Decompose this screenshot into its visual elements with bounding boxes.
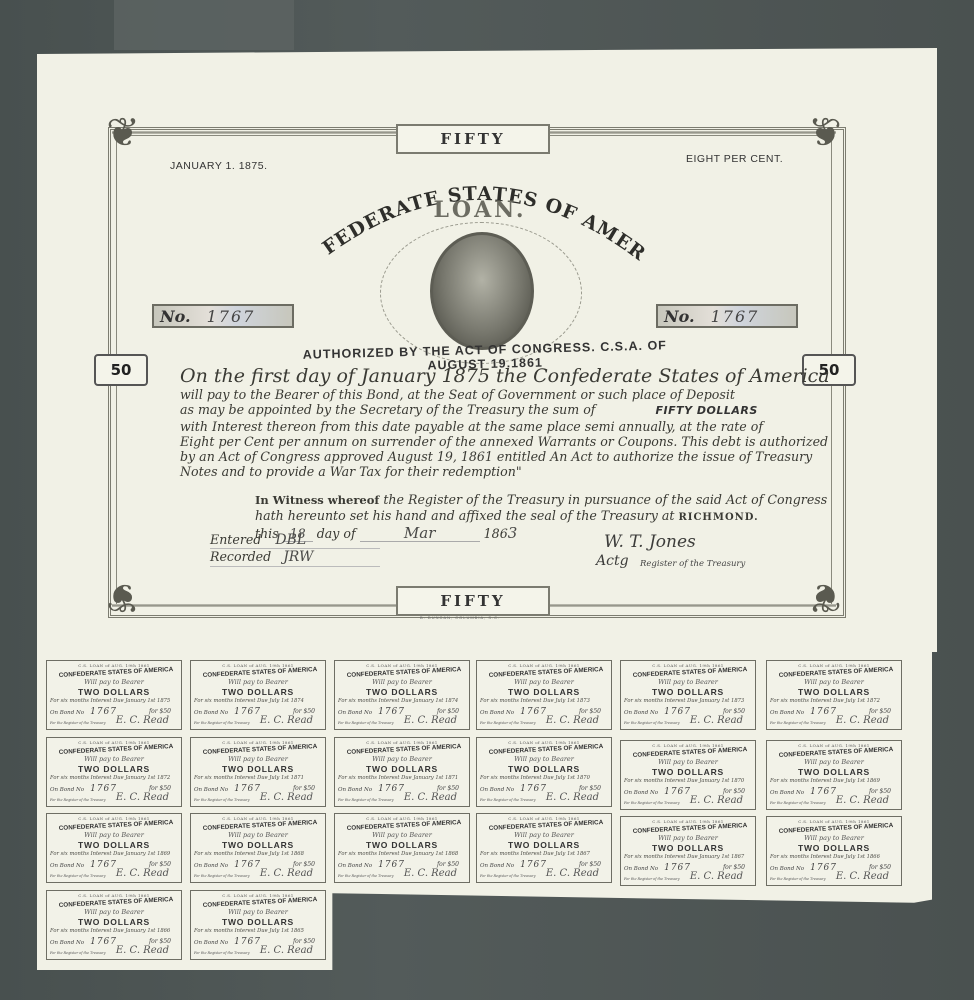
interest-coupon: C.S. LOAN of AUG. 19th 1861CONFEDERATE S… [766,740,902,810]
coupon-bond-number: On Bond No1767 [338,860,405,870]
interest-coupon: C.S. LOAN of AUG. 19th 1861CONFEDERATE S… [476,813,612,883]
coupon-register-line: For the Register of the Treasury [480,721,536,725]
coupon-bond-number: On Bond No1767 [338,784,405,794]
coupon-signature: E. C. Read [260,868,313,879]
serial-number: 1767 [711,307,760,326]
coupon-interest-due: For six months Interest Due January 1st … [50,775,178,781]
coupon-interest-due: For six months Interest Due January 1st … [624,778,752,784]
coupon-interest-due: For six months Interest Due January 1st … [50,851,178,857]
interest-coupon: C.S. LOAN of AUG. 19th 1861CONFEDERATE S… [190,813,326,883]
coupon-register-line: For the Register of the Treasury [194,874,250,878]
serial-label: No. [160,307,191,326]
coupon-interest-due: For six months Interest Due July 1st 187… [770,698,898,704]
ornament-corner-icon: ❦ [800,108,850,158]
interest-coupon: C.S. LOAN of AUG. 19th 1861CONFEDERATE S… [46,660,182,730]
coupon-amount: TWO DOLLARS [621,687,755,697]
coupon-pay-line: Will pay to Bearer [767,678,901,686]
interest-coupon: C.S. LOAN of AUG. 19th 1861CONFEDERATE S… [766,660,902,730]
coupon-face-value: for $50 [293,861,315,868]
coupon-register-line: For the Register of the Treasury [194,798,250,802]
coupon-signature: E. C. Read [116,868,169,879]
coupon-pay-line: Will pay to Bearer [47,755,181,763]
body-line: Notes and to provide a War Tax for their… [180,464,790,479]
coupon-bond-number: On Bond No1767 [770,707,837,717]
coupon-signature: E. C. Read [260,792,313,803]
coupon-face-value: for $50 [579,785,601,792]
coupon-register-line: For the Register of the Treasury [770,801,826,805]
maturity-date: JANUARY 1. 1875. [170,160,268,172]
coupon-signature: E. C. Read [404,868,457,879]
coupon-bond-number: On Bond No1767 [480,784,547,794]
coupon-bond-number: On Bond No1767 [338,707,405,717]
recorded-initials: JRW [283,549,313,565]
coupon-register-line: For the Register of the Treasury [338,798,394,802]
coupon-face-value: for $50 [437,785,459,792]
coupon-amount: TWO DOLLARS [335,764,469,774]
witness-prefix: In Witness whereof [255,493,379,507]
interest-coupon: C.S. LOAN of AUG. 19th 1861CONFEDERATE S… [334,813,470,883]
coupon-amount: TWO DOLLARS [477,687,611,697]
coupon-interest-due: For six months Interest Due January 1st … [624,698,752,704]
interest-coupon: C.S. LOAN of AUG. 19th 1861CONFEDERATE S… [476,737,612,807]
body-line: as may be appointed by the Secretary of … [180,402,790,418]
coupon-pay-line: Will pay to Bearer [477,831,611,839]
bond-body-text: On the first day of January 1875 the Con… [180,365,790,480]
coupon-bond-number: On Bond No1767 [194,860,261,870]
coupon-register-line: For the Register of the Treasury [770,877,826,881]
coupon-interest-due: For six months Interest Due January 1st … [338,851,466,857]
coupon-face-value: for $50 [869,788,891,795]
coupon-signature: E. C. Read [260,715,313,726]
coupon-amount: TWO DOLLARS [191,917,325,927]
coupon-interest-due: For six months Interest Due July 1st 187… [194,775,322,781]
coupon-amount: TWO DOLLARS [191,840,325,850]
coupon-face-value: for $50 [579,708,601,715]
mounting-tape [114,0,294,50]
body-line: by an Act of Congress approved August 19… [180,449,790,464]
coupon-interest-due: For six months Interest Due July 1st 187… [480,775,608,781]
coupon-signature: E. C. Read [690,871,743,882]
coupon-signature: E. C. Read [116,715,169,726]
coupon-pay-line: Will pay to Bearer [335,678,469,686]
coupon-interest-due: For six months Interest Due January 1st … [338,775,466,781]
interest-coupon: C.S. LOAN of AUG. 19th 1861CONFEDERATE S… [766,816,902,886]
coupon-face-value: for $50 [723,788,745,795]
coupon-bond-number: On Bond No1767 [50,707,117,717]
coupon-register-line: For the Register of the Treasury [50,874,106,878]
coupon-bond-number: On Bond No1767 [770,787,837,797]
interest-coupon: C.S. LOAN of AUG. 19th 1861CONFEDERATE S… [476,660,612,730]
coupon-interest-due: For six months Interest Due January 1st … [624,854,752,860]
interest-coupon: C.S. LOAN of AUG. 19th 1861CONFEDERATE S… [190,890,326,960]
serial-label: No. [664,307,695,326]
register-signature: W. T. Jones [604,532,696,552]
coupon-interest-due: For six months Interest Due July 1st 186… [194,928,322,934]
coupon-register-line: For the Register of the Treasury [624,801,680,805]
coupon-signature: E. C. Read [690,795,743,806]
entry-record: Entered DBL Recorded JRW [210,532,430,567]
city: RICHMOND. [678,512,758,523]
coupon-signature: E. C. Read [690,715,743,726]
ornament-corner-icon: ❦ [98,572,148,622]
coupon-face-value: for $50 [149,938,171,945]
coupon-signature: E. C. Read [546,792,599,803]
denomination-bottom: FIFTY [396,586,550,616]
coupon-pay-line: Will pay to Bearer [335,831,469,839]
interest-coupon: C.S. LOAN of AUG. 19th 1861CONFEDERATE S… [46,737,182,807]
coupon-bond-number: On Bond No1767 [624,863,691,873]
coupon-bond-number: On Bond No1767 [624,707,691,717]
interest-coupon: C.S. LOAN of AUG. 19th 1861CONFEDERATE S… [620,816,756,886]
coupon-face-value: for $50 [437,708,459,715]
coupon-pay-line: Will pay to Bearer [477,678,611,686]
coupon-pay-line: Will pay to Bearer [191,678,325,686]
coupon-register-line: For the Register of the Treasury [770,721,826,725]
coupon-amount: TWO DOLLARS [47,840,181,850]
coupon-register-line: For the Register of the Treasury [338,874,394,878]
coupon-signature: E. C. Read [546,715,599,726]
interest-coupon: C.S. LOAN of AUG. 19th 1861CONFEDERATE S… [190,737,326,807]
coupon-face-value: for $50 [723,864,745,871]
coupon-amount: TWO DOLLARS [767,767,901,777]
ornament-corner-icon: ❦ [800,572,850,622]
coupon-amount: TWO DOLLARS [477,840,611,850]
interest-coupon: C.S. LOAN of AUG. 19th 1861CONFEDERATE S… [334,737,470,807]
coupon-signature: E. C. Read [404,792,457,803]
coupon-pay-line: Will pay to Bearer [47,831,181,839]
coupon-amount: TWO DOLLARS [767,843,901,853]
serial-number: 1767 [207,307,256,326]
coupon-signature: E. C. Read [836,871,889,882]
interest-coupon: C.S. LOAN of AUG. 19th 1861CONFEDERATE S… [620,740,756,810]
coupon-signature: E. C. Read [260,945,313,956]
coupon-interest-due: For six months Interest Due January 1st … [338,698,466,704]
coupon-bond-number: On Bond No1767 [480,707,547,717]
coupon-register-line: For the Register of the Treasury [624,877,680,881]
coupon-pay-line: Will pay to Bearer [191,908,325,916]
coupon-register-line: For the Register of the Treasury [624,721,680,725]
coupon-amount: TWO DOLLARS [477,764,611,774]
coupon-interest-due: For six months Interest Due January 1st … [50,698,178,704]
coupon-pay-line: Will pay to Bearer [47,908,181,916]
coupon-face-value: for $50 [869,708,891,715]
coupon-interest-due: For six months Interest Due July 1st 187… [480,698,608,704]
coupon-amount: TWO DOLLARS [335,840,469,850]
interest-coupon: C.S. LOAN of AUG. 19th 1861CONFEDERATE S… [190,660,326,730]
coupon-face-value: for $50 [869,864,891,871]
coupon-register-line: For the Register of the Treasury [194,721,250,725]
coupon-pay-line: Will pay to Bearer [767,758,901,766]
coupon-face-value: for $50 [149,785,171,792]
interest-coupon: C.S. LOAN of AUG. 19th 1861CONFEDERATE S… [620,660,756,730]
date-year-digit: 3 [508,524,518,542]
serial-box-right: No. 1767 [656,304,798,328]
coupon-signature: E. C. Read [836,715,889,726]
coupon-face-value: for $50 [579,861,601,868]
coupon-amount: TWO DOLLARS [621,767,755,777]
coupon-face-value: for $50 [149,708,171,715]
coupon-register-line: For the Register of the Treasury [338,721,394,725]
coupon-pay-line: Will pay to Bearer [767,834,901,842]
coupon-amount: TWO DOLLARS [47,917,181,927]
interest-coupon: C.S. LOAN of AUG. 19th 1861CONFEDERATE S… [334,660,470,730]
coupon-face-value: for $50 [293,938,315,945]
coupon-amount: TWO DOLLARS [47,687,181,697]
coupon-pay-line: Will pay to Bearer [621,758,755,766]
coupon-pay-line: Will pay to Bearer [477,755,611,763]
coupon-amount: TWO DOLLARS [335,687,469,697]
numeral-left: 50 [94,354,148,386]
interest-coupon: C.S. LOAN of AUG. 19th 1861CONFEDERATE S… [46,890,182,960]
acting-signature: Actg [596,553,629,569]
coupon-interest-due: For six months Interest Due July 1st 186… [770,854,898,860]
coupon-face-value: for $50 [723,708,745,715]
coupon-signature: E. C. Read [116,792,169,803]
coupon-bond-number: On Bond No1767 [194,707,261,717]
coupon-interest-due: For six months Interest Due July 1st 187… [194,698,322,704]
portrait-vignette [430,232,534,350]
coupon-register-line: For the Register of the Treasury [194,951,250,955]
loan-subtitle: LOAN. [420,197,540,223]
coupon-bond-number: On Bond No1767 [194,937,261,947]
coupon-amount: TWO DOLLARS [767,687,901,697]
coupon-interest-due: For six months Interest Due July 1st 186… [770,778,898,784]
coupon-face-value: for $50 [437,861,459,868]
coupon-pay-line: Will pay to Bearer [191,831,325,839]
engraver-imprint: B. DUNCAN, COLUMBIA, S.C. [420,615,500,620]
coupon-face-value: for $50 [293,785,315,792]
coupon-amount: TWO DOLLARS [621,843,755,853]
coupon-bond-number: On Bond No1767 [50,784,117,794]
coupon-pay-line: Will pay to Bearer [621,678,755,686]
coupon-signature: E. C. Read [116,945,169,956]
coupon-register-line: For the Register of the Treasury [50,721,106,725]
coupon-pay-line: Will pay to Bearer [621,834,755,842]
coupon-amount: TWO DOLLARS [191,687,325,697]
coupon-bond-number: On Bond No1767 [194,784,261,794]
coupon-signature: E. C. Read [836,795,889,806]
coupon-bond-number: On Bond No1767 [480,860,547,870]
coupon-register-line: For the Register of the Treasury [50,951,106,955]
body-line: will pay to the Bearer of this Bond, at … [180,387,790,402]
coupon-amount: TWO DOLLARS [47,764,181,774]
coupon-signature: E. C. Read [404,715,457,726]
coupon-bond-number: On Bond No1767 [50,860,117,870]
register-title: Register of the Treasury [640,559,745,569]
denomination-top: FIFTY [396,124,550,154]
coupon-interest-due: For six months Interest Due July 1st 186… [194,851,322,857]
amount-text: FIFTY DOLLARS [655,404,757,417]
body-line: On the first day of January 1875 the Con… [180,365,790,387]
coupon-interest-due: For six months Interest Due July 1st 186… [480,851,608,857]
entered-initials: DBL [275,532,306,548]
coupon-amount: TWO DOLLARS [191,764,325,774]
ornament-corner-icon: ❦ [98,108,148,158]
coupon-face-value: for $50 [293,708,315,715]
coupon-pay-line: Will pay to Bearer [191,755,325,763]
coupon-pay-line: Will pay to Bearer [47,678,181,686]
coupon-bond-number: On Bond No1767 [770,863,837,873]
coupon-signature: E. C. Read [546,868,599,879]
coupon-register-line: For the Register of the Treasury [50,798,106,802]
interest-coupon: C.S. LOAN of AUG. 19th 1861CONFEDERATE S… [46,813,182,883]
coupon-bond-number: On Bond No1767 [624,787,691,797]
interest-rate: EIGHT PER CENT. [686,153,783,165]
serial-box-left: No. 1767 [152,304,294,328]
coupon-register-line: For the Register of the Treasury [480,798,536,802]
coupon-register-line: For the Register of the Treasury [480,874,536,878]
coupon-pay-line: Will pay to Bearer [335,755,469,763]
coupon-interest-due: For six months Interest Due January 1st … [50,928,178,934]
coupon-face-value: for $50 [149,861,171,868]
body-line: Eight per Cent per annum on surrender of… [180,434,790,449]
body-line: with Interest thereon from this date pay… [180,419,790,434]
coupon-bond-number: On Bond No1767 [50,937,117,947]
